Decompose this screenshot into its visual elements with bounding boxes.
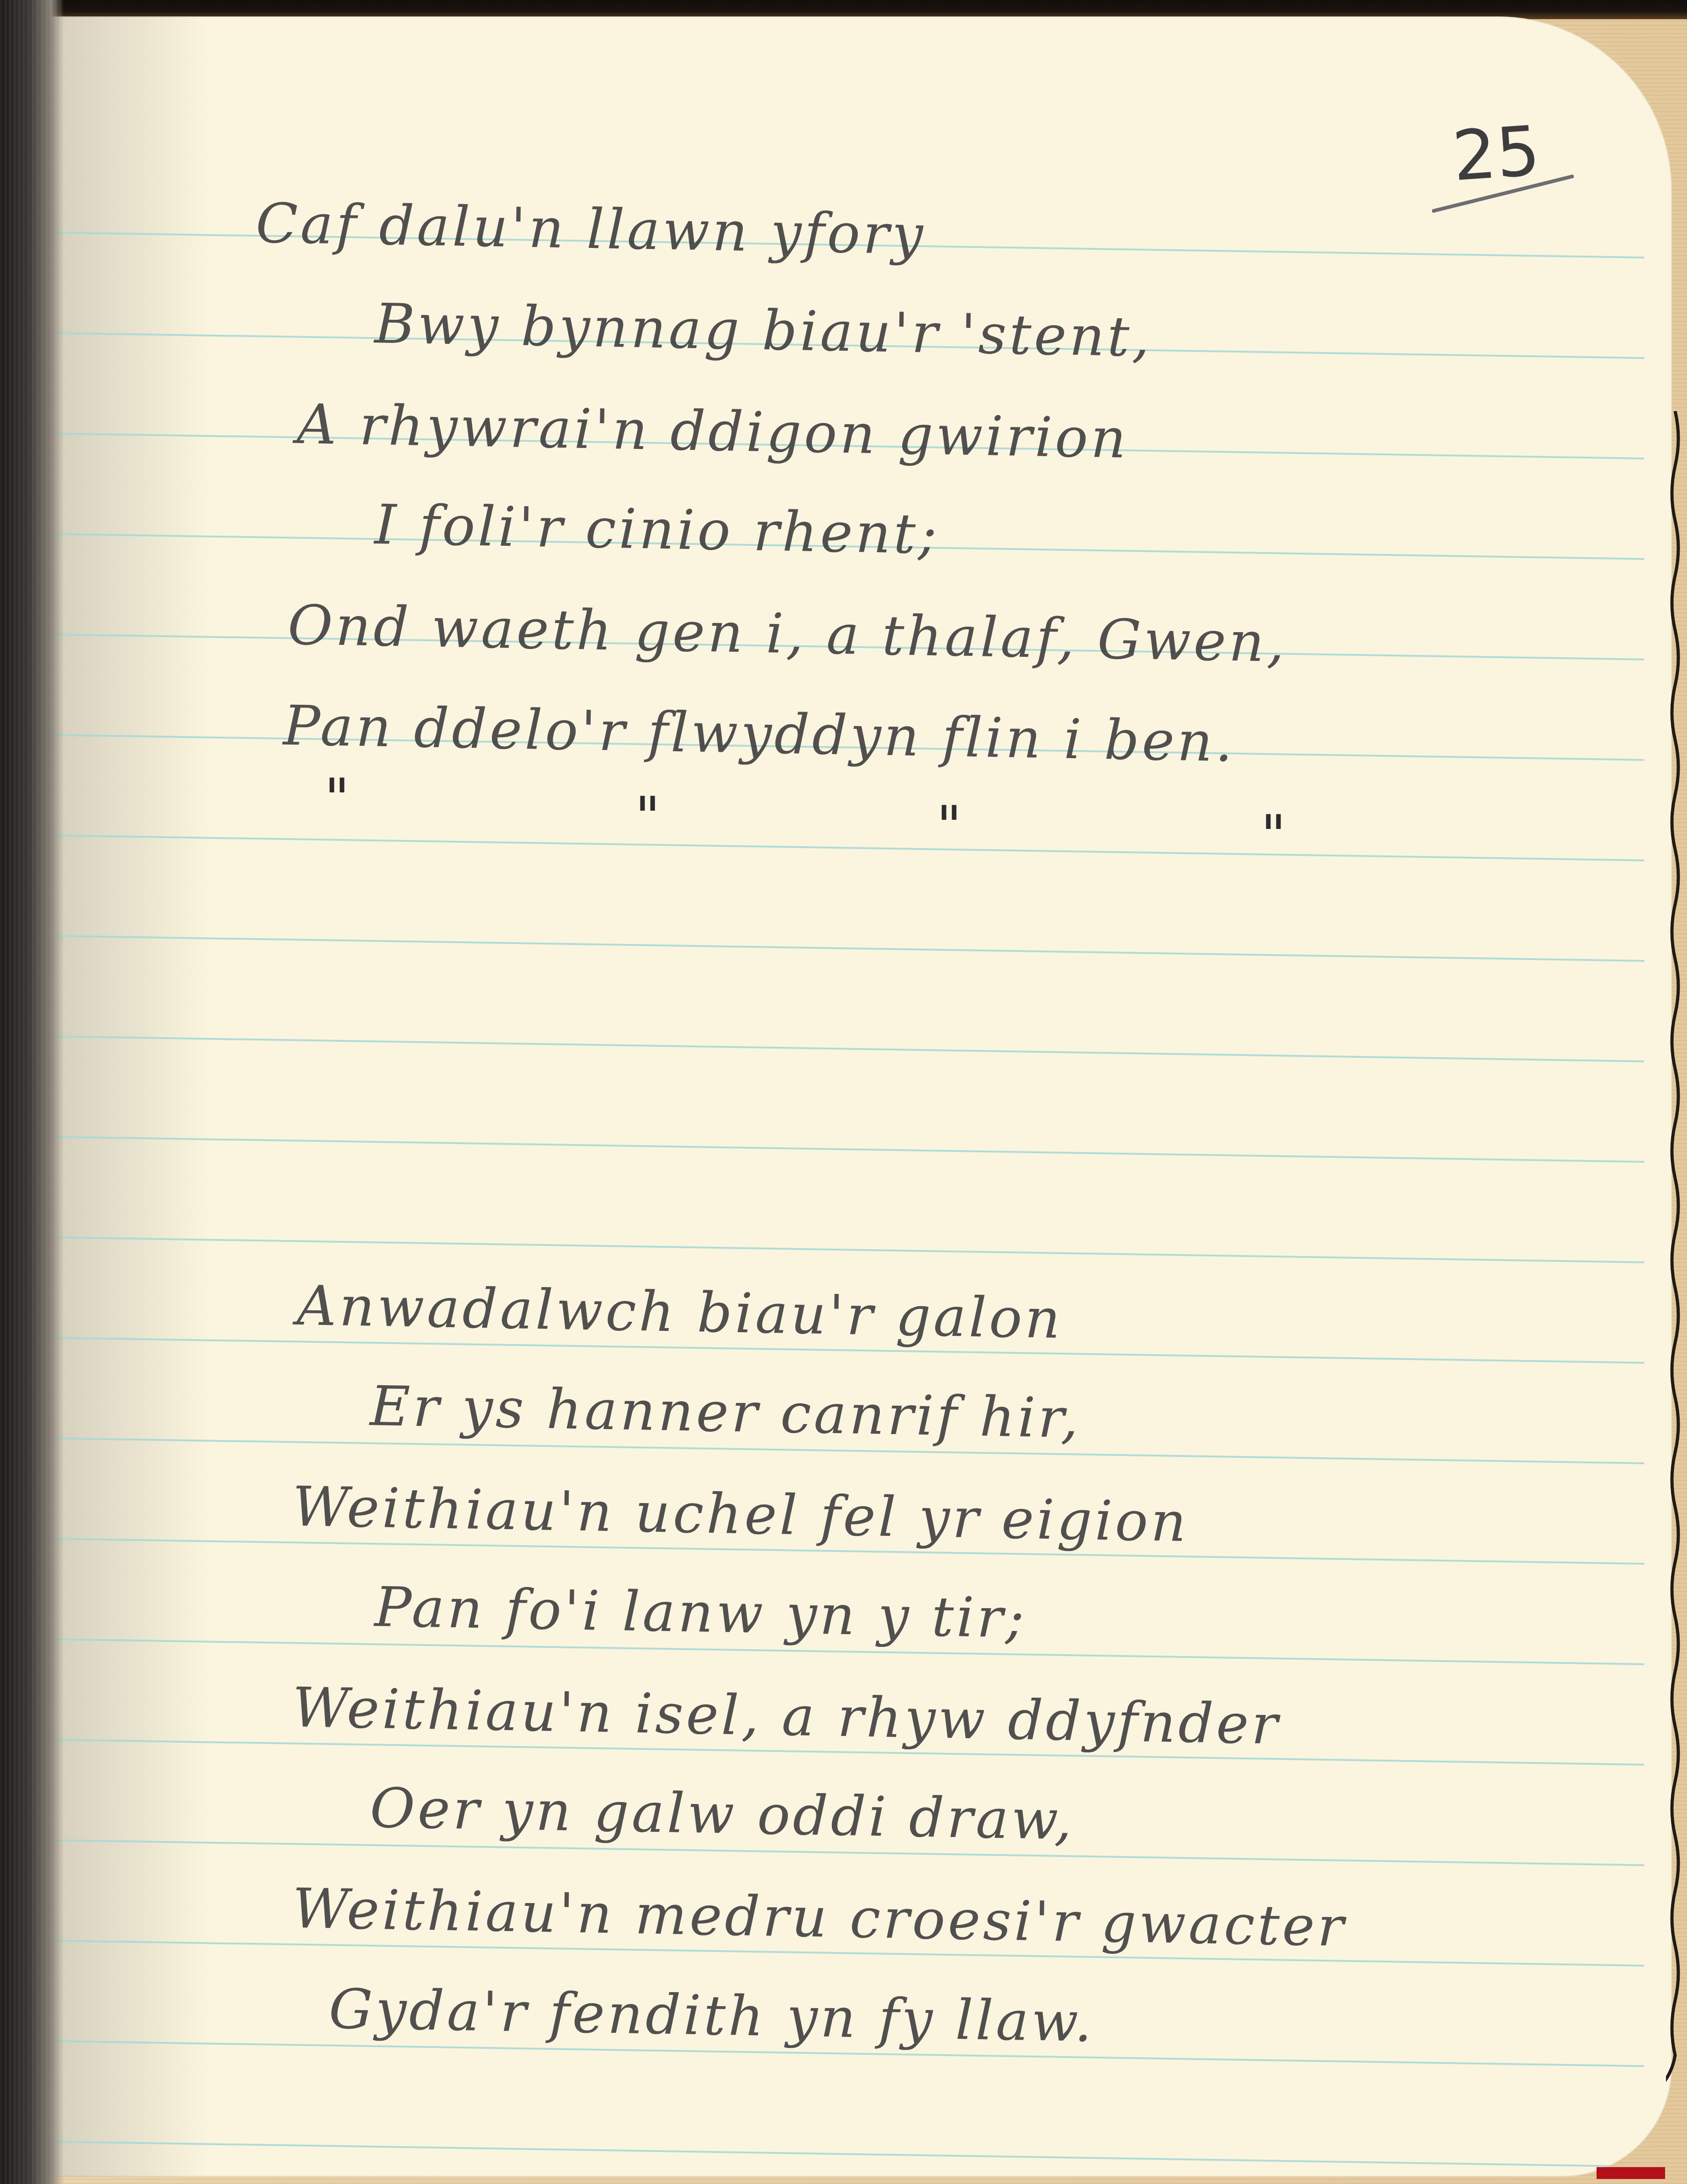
poem-line: Gyda'r fendith yn fy llaw. <box>328 1978 1095 2054</box>
poem-line: Caf dalu'n llawn yfory <box>255 192 926 267</box>
page-gutter-shadow <box>0 0 64 2184</box>
ruled-line <box>18 834 1645 861</box>
ruled-line <box>18 934 1645 962</box>
ditto-mark: " <box>324 767 349 831</box>
ditto-mark: " <box>1261 804 1286 867</box>
ruled-line <box>18 1236 1645 1263</box>
poem-line: I foli'r cinio rhent; <box>374 493 940 567</box>
ruled-line <box>18 1035 1645 1062</box>
bookmark-ribbon <box>1597 2167 1665 2179</box>
poem-line: Oer yn galw oddi draw, <box>370 1777 1075 1852</box>
ditto-mark: " <box>936 795 962 858</box>
poem-line: Anwadalwch biau'r galon <box>296 1274 1063 1351</box>
poem-line: Pan fo'i lanw yn y tir; <box>374 1576 1027 1651</box>
page-number: 25 <box>1450 111 1543 197</box>
ruled-line <box>18 1135 1645 1163</box>
ditto-mark: " <box>635 786 660 849</box>
poem-line: Er ys hanner canrif hir, <box>370 1375 1082 1451</box>
poem-line: Bwy bynnag biau'r 'stent, <box>374 292 1153 369</box>
wavy-border-decoration <box>1666 411 1684 2101</box>
ruled-line <box>18 2140 1645 2168</box>
